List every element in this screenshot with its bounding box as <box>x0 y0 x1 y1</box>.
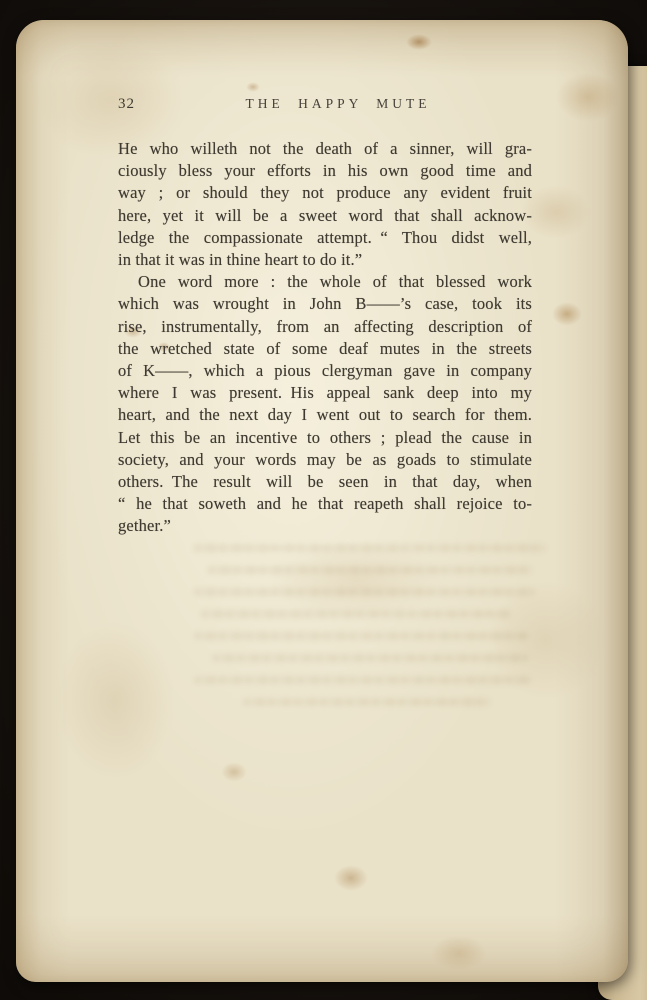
page-vignette <box>16 20 628 982</box>
book-page: 32 THE HAPPY MUTE He who willeth not the… <box>16 20 628 982</box>
photo-background: 32 THE HAPPY MUTE He who willeth not the… <box>0 0 647 1000</box>
